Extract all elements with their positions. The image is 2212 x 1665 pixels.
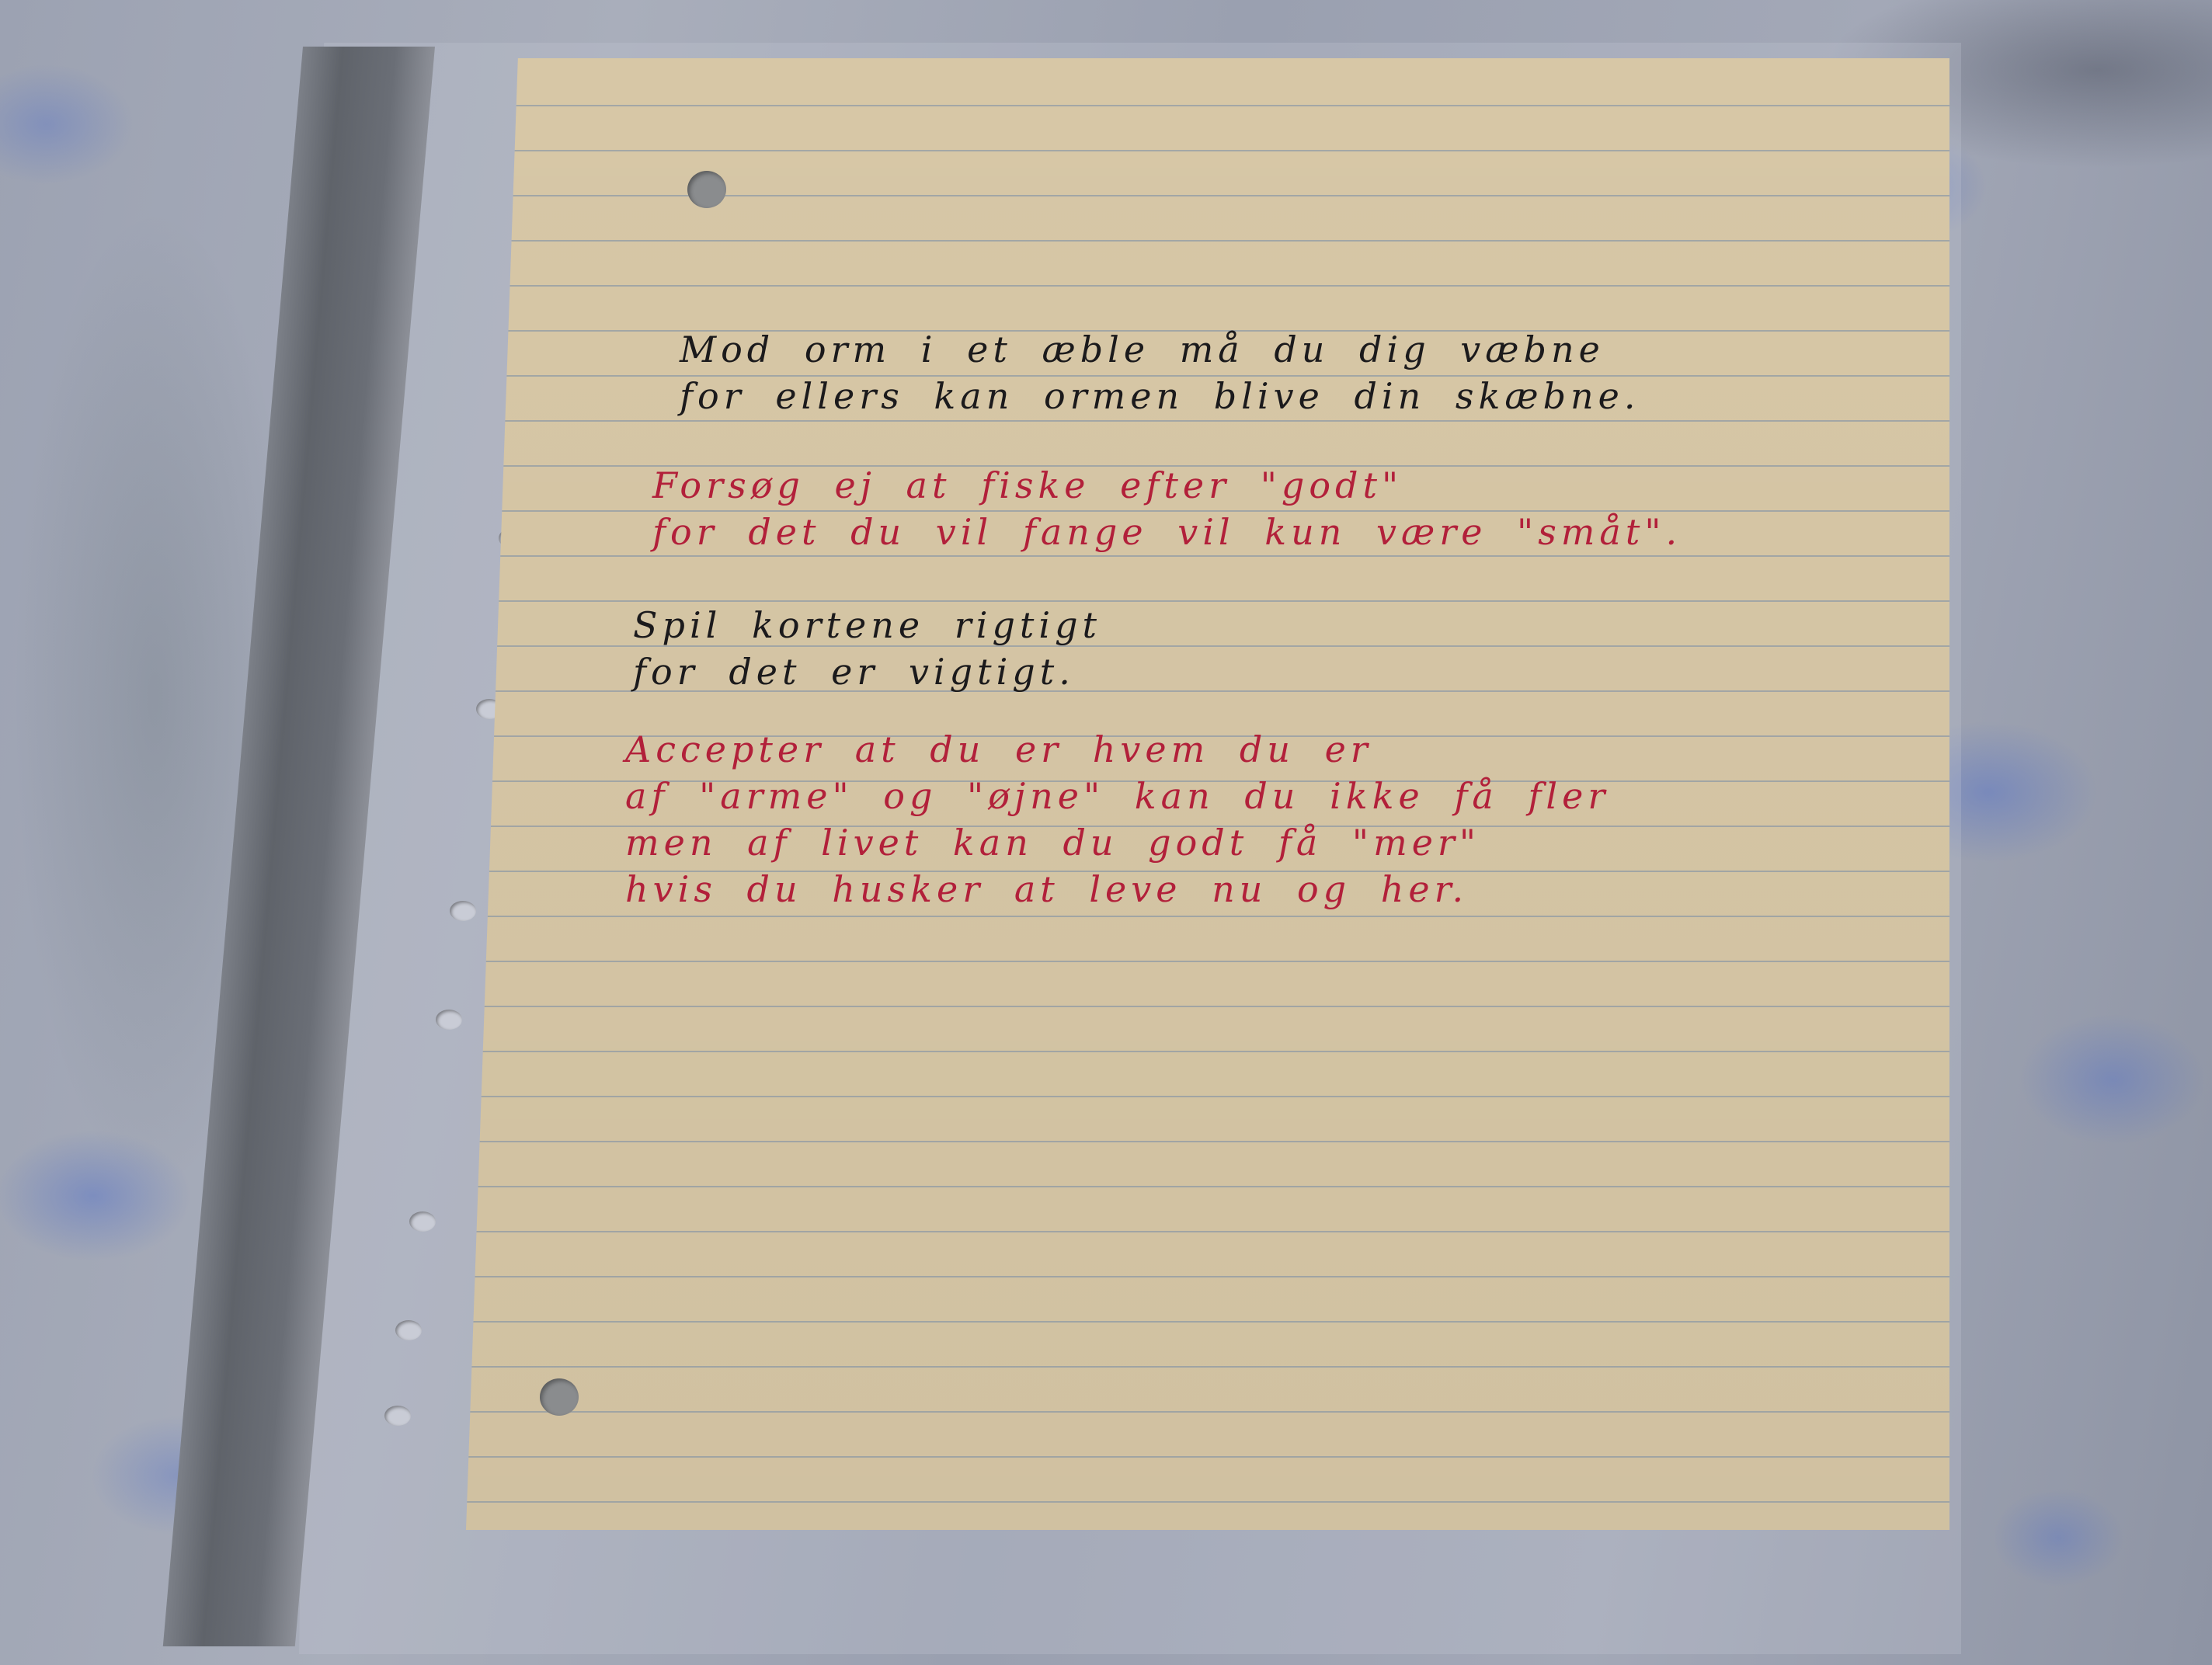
poem-line: Accepter at du er hvem du er (625, 726, 1609, 773)
handwritten-poem: Mod orm i et æble må du dig væbne for el… (466, 58, 1949, 1530)
sleeve-hole (395, 1320, 422, 1340)
poem-line: hvis du husker at leve nu og her. (625, 866, 1609, 912)
stanza-4: Accepter at du er hvem du er af "arme" o… (625, 726, 1609, 912)
poem-line: Forsøg ej at fiske efter "godt" (652, 462, 1682, 509)
sleeve-hole (436, 1010, 462, 1030)
sleeve-hole (409, 1211, 436, 1232)
stanza-1: Mod orm i et æble må du dig væbne for el… (680, 326, 1640, 419)
sleeve-hole (384, 1406, 411, 1426)
sleeve-hole (450, 901, 476, 921)
poem-line: Spil kortene rigtigt (633, 602, 1101, 648)
poem-line: for ellers kan ormen blive din skæbne. (680, 373, 1640, 419)
stanza-2: Forsøg ej at fiske efter "godt" for det … (652, 462, 1682, 555)
poem-line: af "arme" og "øjne" kan du ikke få fler (625, 773, 1609, 819)
poem-line: for det du vil fange vil kun være "småt"… (652, 509, 1682, 555)
stanza-3: Spil kortene rigtigt for det er vigtigt. (633, 602, 1101, 695)
poem-line: for det er vigtigt. (633, 648, 1101, 695)
poem-line: Mod orm i et æble må du dig væbne (680, 326, 1640, 373)
notebook-page: Mod orm i et æble må du dig væbne for el… (466, 58, 1949, 1530)
poem-line: men af livet kan du godt få "mer" (625, 819, 1609, 866)
